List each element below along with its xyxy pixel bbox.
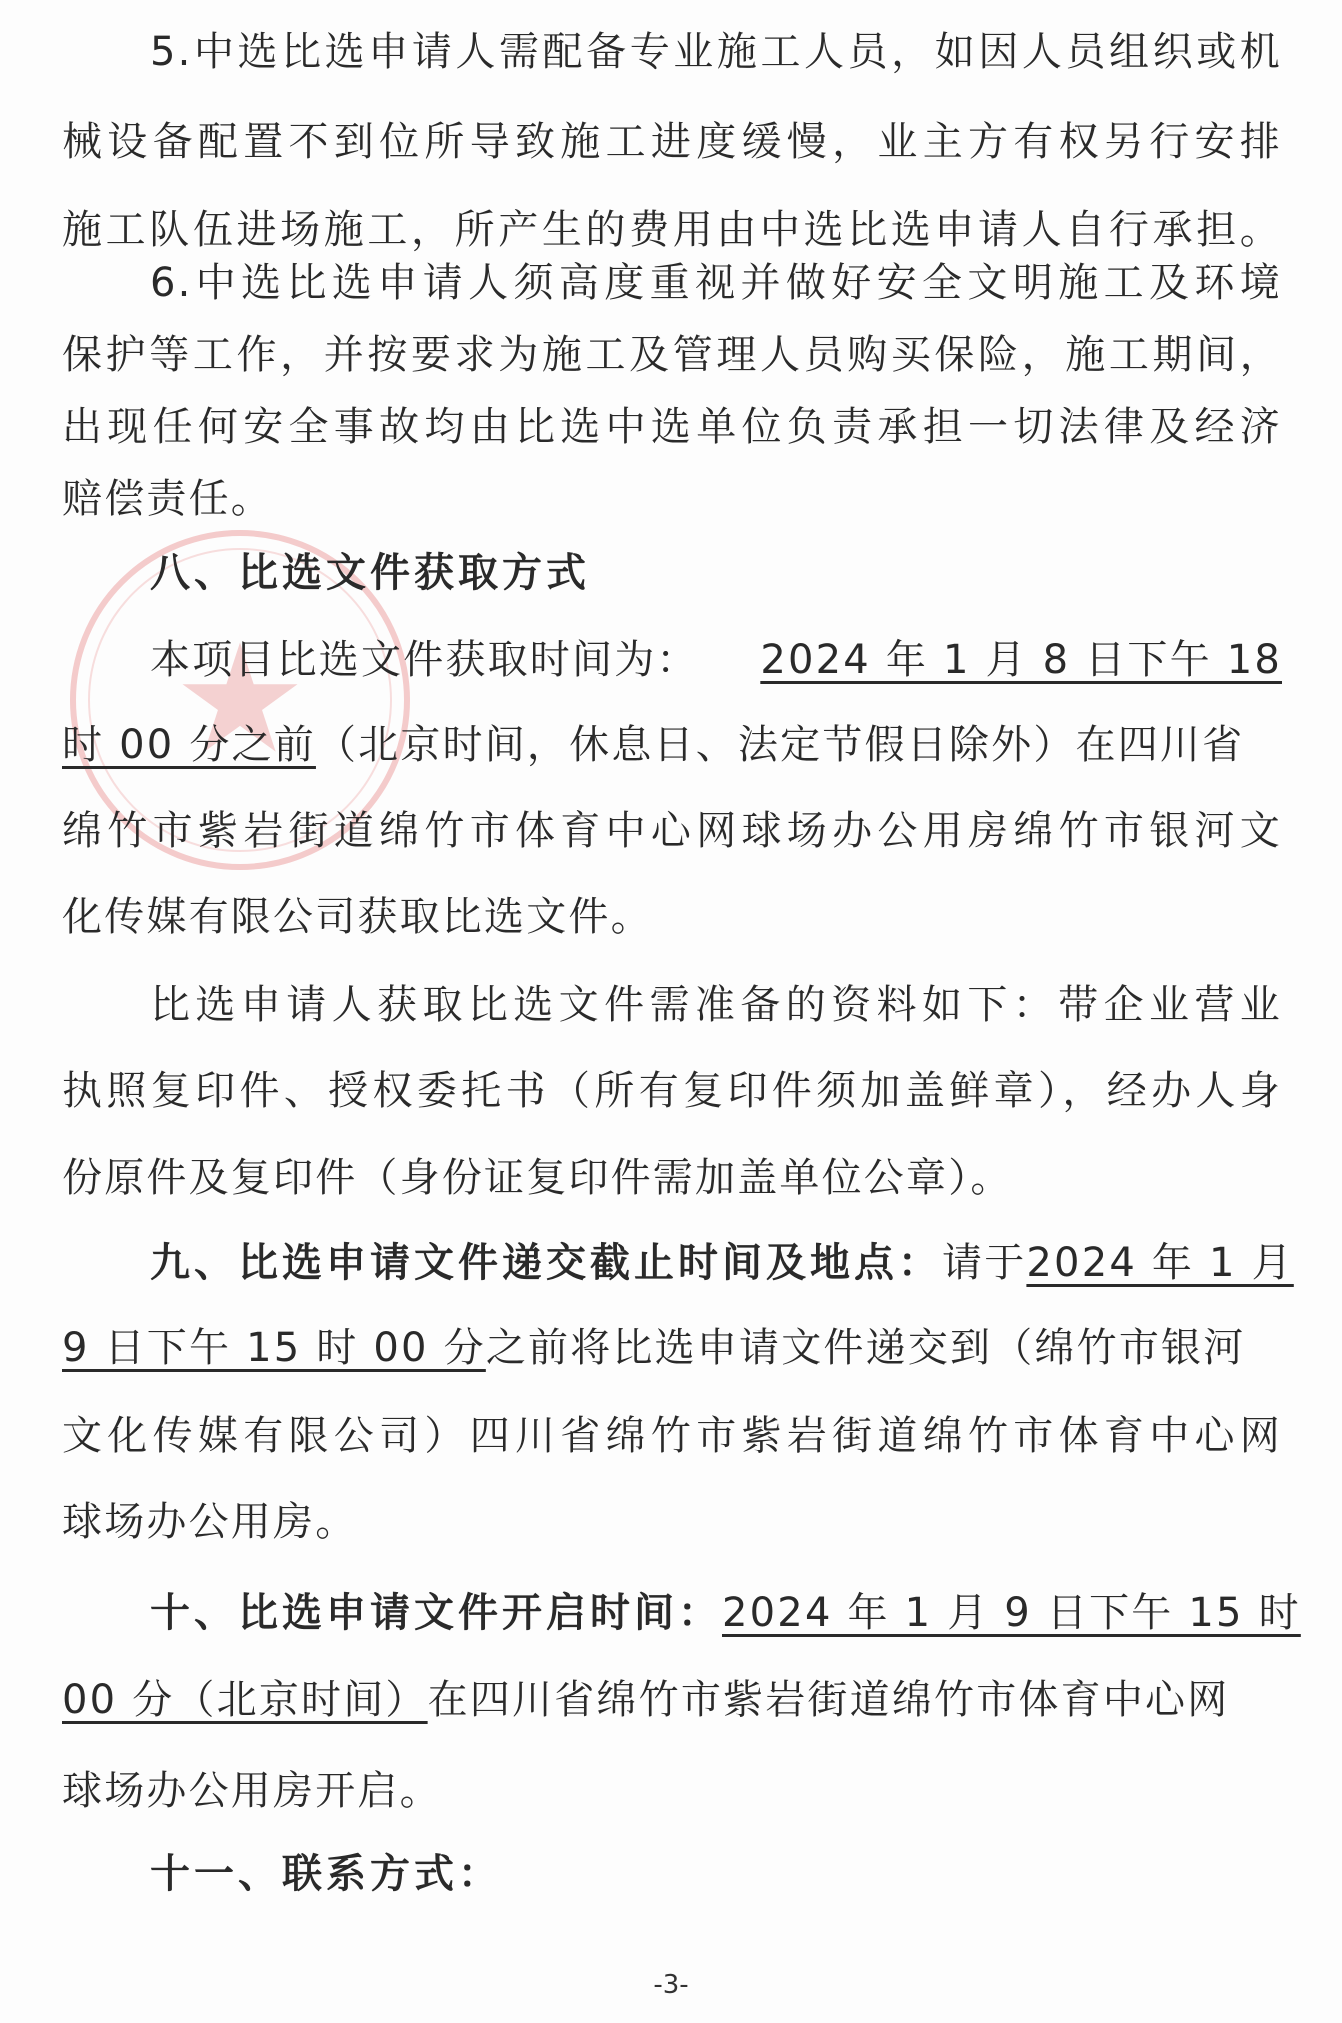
section-9-heading: 九、比选申请文件递交截止时间及地点： <box>150 1238 942 1288</box>
section-9-line-2: 9 日下午 15 时 00 分之前将比选申请文件递交到（绵竹市银河 <box>62 1323 1282 1373</box>
materials-line-3: 份原件及复印件（身份证复印件需加盖单位公章）。 <box>62 1153 1282 1203</box>
section-10-line-2-rest: 在四川省绵竹市紫岩街道绵竹市体育中心网 <box>428 1677 1230 1723</box>
paragraph-6-line-1: 6.中选比选申请人须高度重视并做好安全文明施工及环境 <box>150 258 1282 308</box>
section-9-line-1-mid: 请于 <box>942 1238 1026 1288</box>
paragraph-5-line-1: 5.中选比选申请人需配备专业施工人员，如因人员组织或机 <box>150 27 1282 77</box>
paragraph-5-line-3: 施工队伍进场施工，所产生的费用由中选比选申请人自行承担。 <box>62 205 1282 255</box>
section-10-line-2: 00 分（北京时间）在四川省绵竹市紫岩街道绵竹市体育中心网 <box>62 1675 1282 1725</box>
section-10-line-1: 十、比选申请文件开启时间： 2024 年 1 月 9 日下午 15 时 <box>150 1588 1282 1638</box>
section-8-heading: 八、比选文件获取方式 <box>150 548 1282 598</box>
section-10-line-3: 球场办公用房开启。 <box>62 1766 1282 1816</box>
section-9-line-3: 文化传媒有限公司）四川省绵竹市紫岩街道绵竹市体育中心网 <box>62 1411 1282 1461</box>
section-8-line-3: 绵竹市紫岩街道绵竹市体育中心网球场办公用房绵竹市银河文 <box>62 806 1282 856</box>
section-9-line-2-rest: 之前将比选申请文件递交到（绵竹市银河 <box>486 1325 1246 1371</box>
section-8-line-1: 本项目比选文件获取时间为： 2024 年 1 月 8 日下午 18 <box>150 635 1282 685</box>
section-8-acquisition-time-cont: 时 00 分之前 <box>62 722 316 768</box>
section-10-opening-time: 2024 年 1 月 9 日下午 15 时 <box>722 1588 1301 1638</box>
section-8-line-2: 时 00 分之前（北京时间，休息日、法定节假日除外）在四川省 <box>62 720 1282 770</box>
section-8-acquisition-time: 2024 年 1 月 8 日下午 18 <box>760 635 1282 685</box>
section-9-deadline: 2024 年 1 月 <box>1026 1238 1293 1288</box>
section-9-line-4: 球场办公用房。 <box>62 1497 1282 1547</box>
section-9-deadline-cont: 9 日下午 15 时 00 分 <box>62 1325 486 1371</box>
paragraph-5-line-2: 械设备配置不到位所导致施工进度缓慢，业主方有权另行安排 <box>62 117 1282 167</box>
section-11-heading: 十一、联系方式： <box>150 1849 1282 1899</box>
paragraph-6-line-2: 保护等工作，并按要求为施工及管理人员购买保险，施工期间， <box>62 330 1282 380</box>
section-8-line-2-rest: （北京时间，休息日、法定节假日除外）在四川省 <box>316 722 1244 768</box>
section-9-line-1: 九、比选申请文件递交截止时间及地点： 请于 2024 年 1 月 <box>150 1238 1282 1288</box>
section-10-heading: 十、比选申请文件开启时间： <box>150 1588 722 1638</box>
document-page: ★ 5.中选比选申请人需配备专业施工人员，如因人员组织或机 械设备配置不到位所导… <box>0 0 1342 2023</box>
section-8-line-4: 化传媒有限公司获取比选文件。 <box>62 892 1282 942</box>
paragraph-6-line-4: 赔偿责任。 <box>62 474 1282 524</box>
page-number: -3- <box>0 1970 1342 2000</box>
section-10-opening-time-cont: 00 分（北京时间） <box>62 1677 428 1723</box>
section-8-line-1-prefix: 本项目比选文件获取时间为： <box>150 635 699 685</box>
materials-line-1: 比选申请人获取比选文件需准备的资料如下：带企业营业 <box>150 980 1282 1030</box>
paragraph-6-line-3: 出现任何安全事故均由比选中选单位负责承担一切法律及经济 <box>62 402 1282 452</box>
materials-line-2: 执照复印件、授权委托书（所有复印件须加盖鲜章），经办人身 <box>62 1066 1282 1116</box>
